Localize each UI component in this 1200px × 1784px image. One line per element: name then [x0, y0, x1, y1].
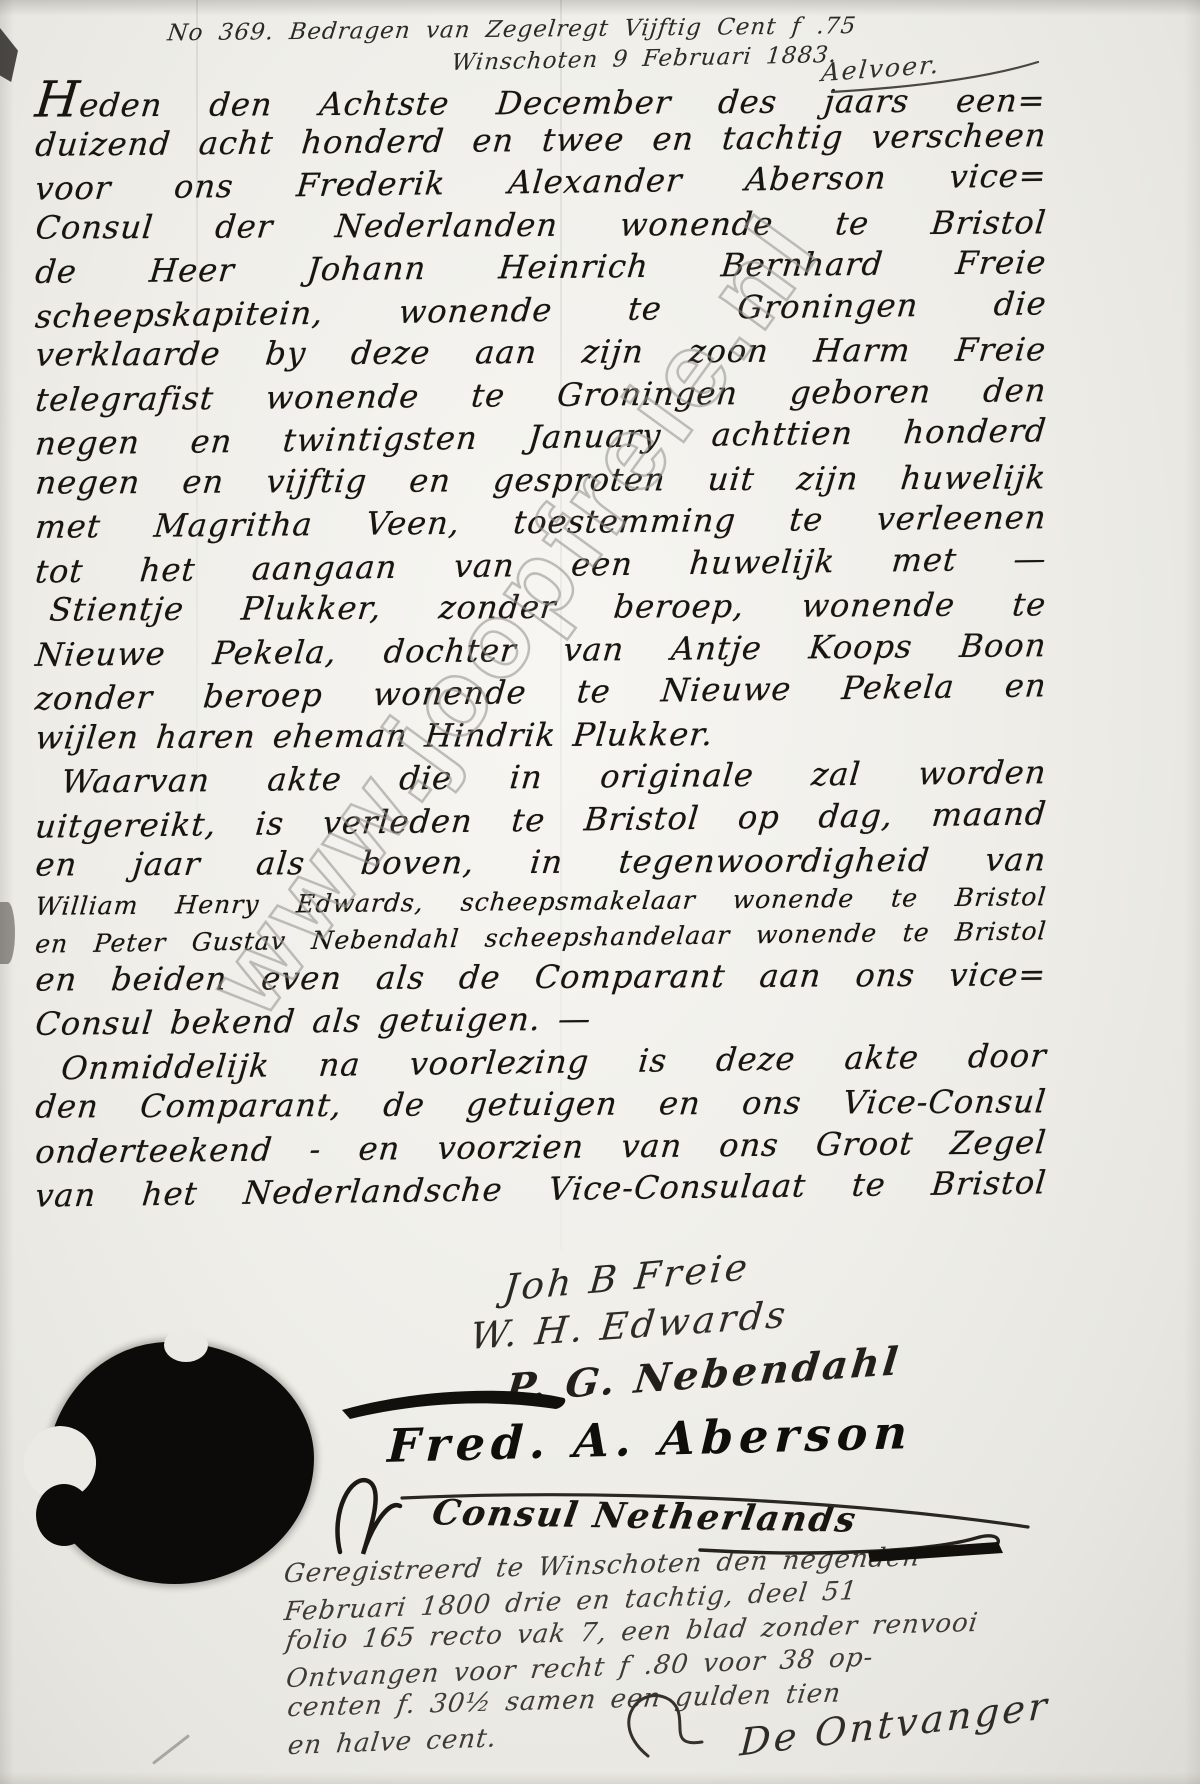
pen-flourish-initial [337, 1480, 400, 1554]
ink-smudge [0, 902, 15, 964]
wax-seal-notch [164, 1328, 208, 1362]
manuscript-line: Stientje Plukker, zonder beroep, wonende… [34, 583, 1049, 631]
manuscript-line: verklaarde by deze aan zijn zoon Harm Fr… [34, 328, 1049, 376]
scan-corner-mark [0, 28, 18, 82]
scanned-manuscript-page: No 369. Bedragen van Zegelregt Vijftig C… [0, 0, 1200, 1784]
wax-seal [46, 1342, 314, 1584]
place-date-line: Winschoten 9 Februari 1883. [450, 42, 838, 76]
manuscript-line: Heden den Achtste December des jaars een… [34, 73, 1049, 121]
stamp-duty-line: No 369. Bedragen van Zegelregt Vijftig C… [166, 12, 1000, 47]
manuscript-line: Consul der Nederlanden wonende te Bristo… [34, 201, 1049, 249]
manuscript-line: negen en vijftig en gesproten uit zijn h… [34, 456, 1049, 504]
manuscript-line: en beiden even als de Comparant aan ons … [34, 953, 1049, 1001]
manuscript-line: den Comparant, de getuigen en ons Vice-C… [34, 1080, 1049, 1128]
pencil-mark [152, 1734, 190, 1765]
manuscript-body: Heden den Achtste December des jaars een… [36, 76, 1046, 1211]
signature-aberson: Fred. A. Aberson [386, 1405, 914, 1473]
signature-consul-title: Consul Netherlands [429, 1492, 860, 1540]
manuscript-line: en jaar als boven, in tegenwoordigheid v… [34, 838, 1049, 886]
manuscript-line: wijlen haren eheman Hindrik Plukker. [34, 711, 1049, 759]
